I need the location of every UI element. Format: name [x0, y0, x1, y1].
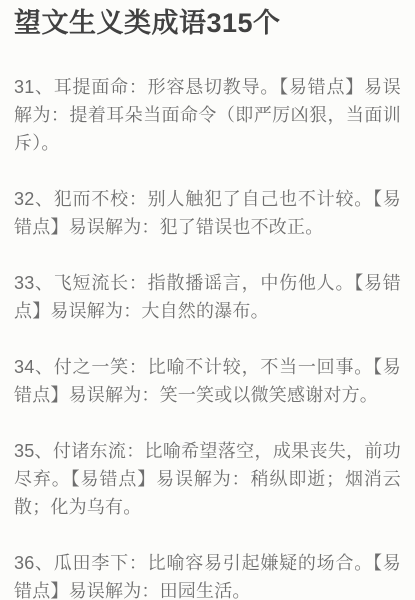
idiom-entry-36: 36、瓜田李下：比喻容易引起嫌疑的场合。【易错点】易误解为：田园生活。	[14, 549, 401, 600]
idiom-entry-33: 33、飞短流长：指散播谣言，中伤他人。【易错点】易误解为：大自然的瀑布。	[14, 269, 401, 325]
idiom-entry-34: 34、付之一笑：比喻不计较，不当一回事。【易错点】易误解为：笑一笑或以微笑感谢对…	[14, 353, 401, 409]
idiom-entry-31: 31、耳提面命：形容恳切教导。【易错点】易误解为：提着耳朵当面命令（即严厉凶狠，…	[14, 73, 401, 157]
idiom-entry-32: 32、犯而不校：别人触犯了自己也不计较。【易错点】易误解为：犯了错误也不改正。	[14, 185, 401, 241]
document-page: 望文生义类成语315个 31、耳提面命：形容恳切教导。【易错点】易误解为：提着耳…	[0, 0, 415, 600]
page-title: 望文生义类成语315个	[14, 6, 401, 40]
idiom-entry-35: 35、付诸东流：比喻希望落空，成果丧失，前功尽弃。【易错点】易误解为：稍纵即逝；…	[14, 437, 401, 521]
